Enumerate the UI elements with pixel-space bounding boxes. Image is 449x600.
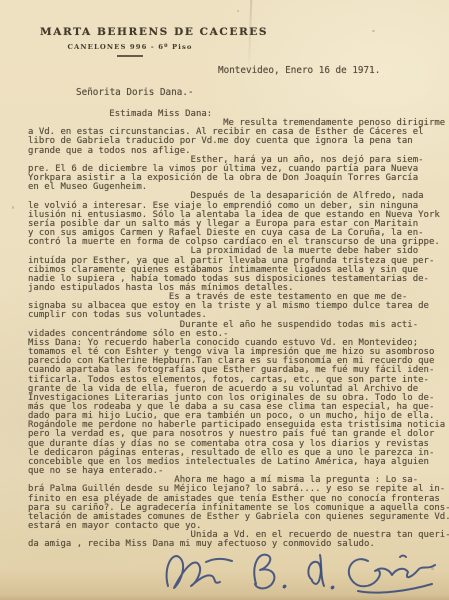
letterhead-name: MARTA BEHRENS DE CACERES xyxy=(40,26,220,38)
letterhead-address: CANELONES 996 - 6º Piso xyxy=(40,43,220,51)
letter-body: Estimada Miss Dana: Me resulta tremendam… xyxy=(28,110,449,550)
paper-speck xyxy=(372,30,375,32)
handwritten-signature-icon xyxy=(160,546,445,596)
signature xyxy=(160,546,445,596)
salutation: Señorita Doris Dana.- xyxy=(76,87,194,98)
paper-speck xyxy=(237,10,239,12)
letterhead: MARTA BEHRENS DE CACERES CANELONES 996 -… xyxy=(40,26,220,57)
letterhead-rule xyxy=(117,55,143,57)
paper-speck xyxy=(12,206,14,209)
letter-page: MARTA BEHRENS DE CACERES CANELONES 996 -… xyxy=(0,0,449,600)
date-line: Montevideo, Enero 16 de 1971. xyxy=(218,65,380,76)
